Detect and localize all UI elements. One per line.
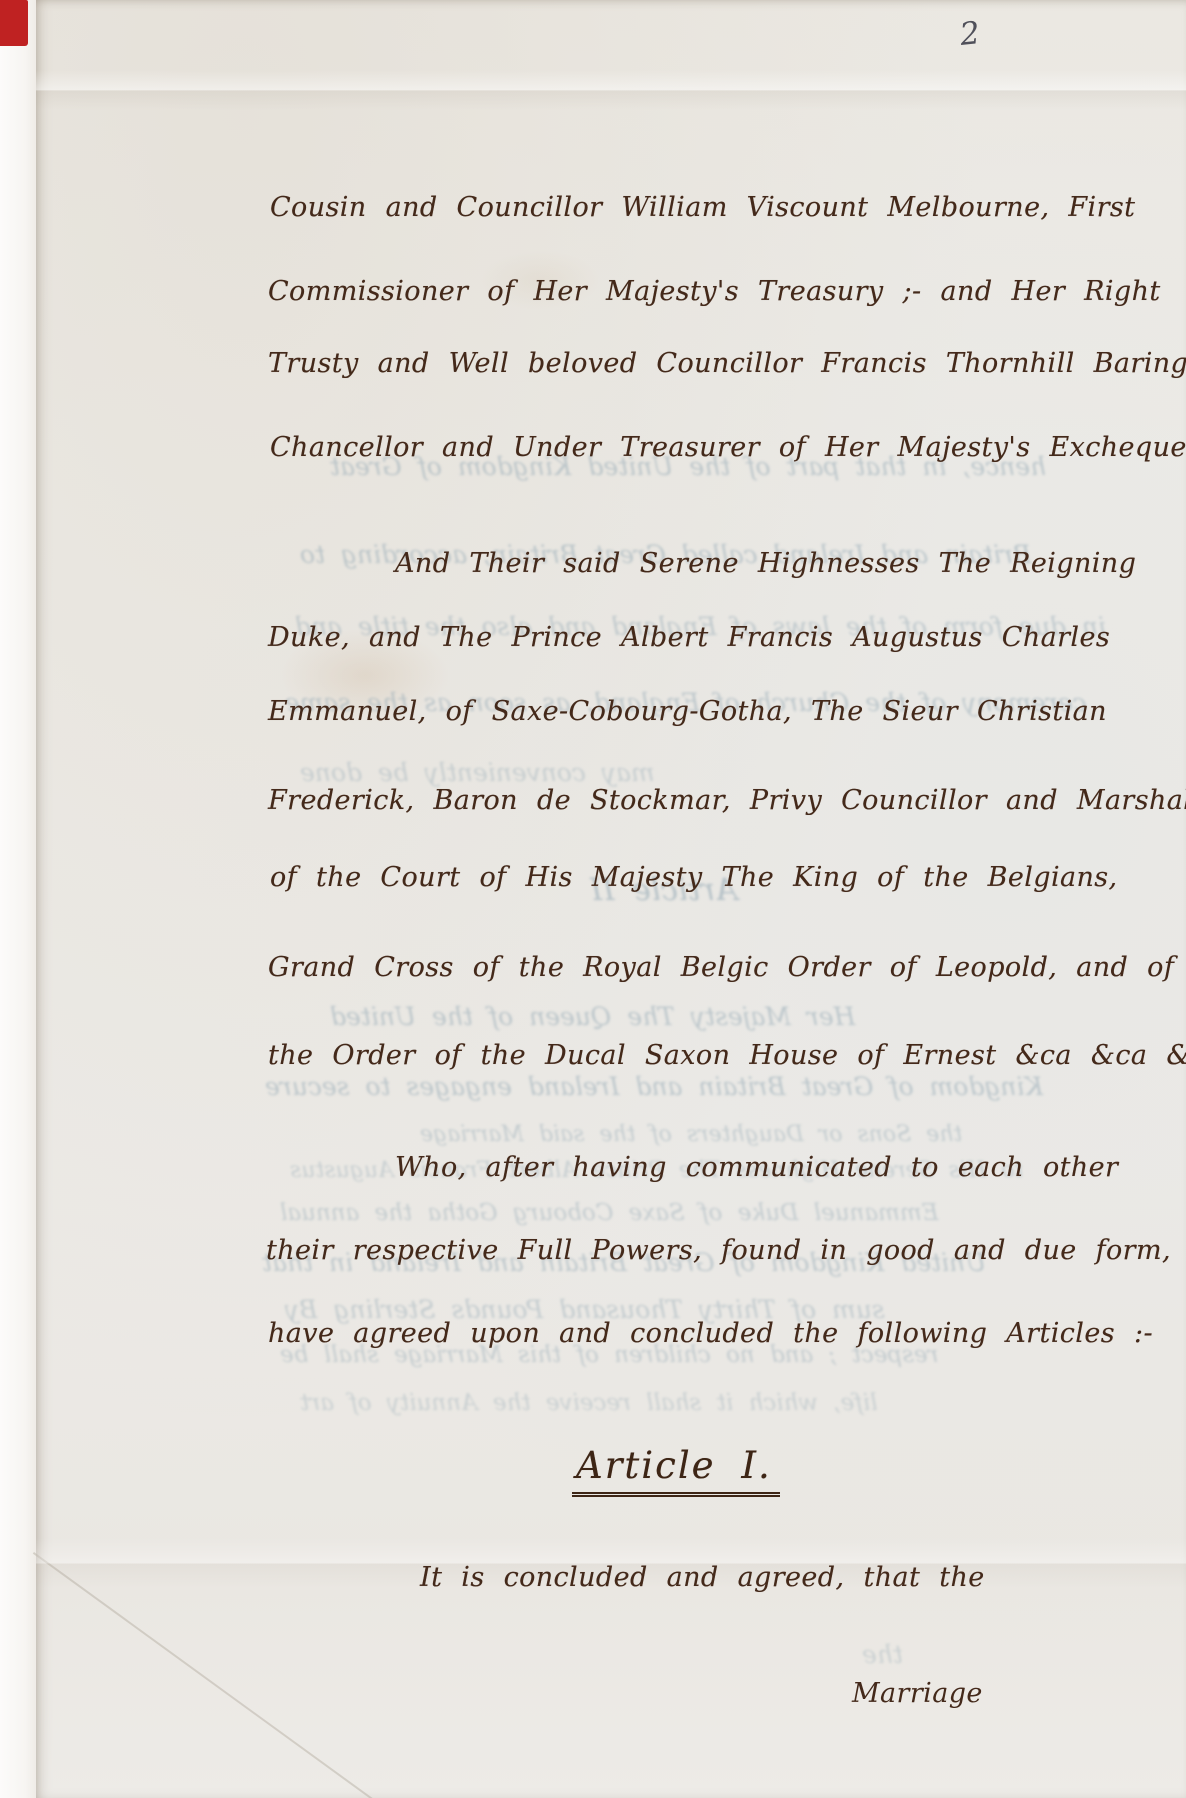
manuscript-line: Chancellor and Under Treasurer of Her Ma… <box>270 432 1186 463</box>
page-number: 2 <box>958 15 981 53</box>
scan-edge-strip <box>0 0 36 1798</box>
manuscript-line: Grand Cross of the Royal Belgic Order of… <box>268 952 1174 983</box>
red-corner-mark <box>0 0 28 46</box>
manuscript-line: Emmanuel, of Saxe-Cobourg-Gotha, The Sie… <box>268 696 1107 727</box>
manuscript-line: Cousin and Councillor William Viscount M… <box>270 192 1135 223</box>
document-scan: hence, in that part of the United Kingdo… <box>0 0 1186 1798</box>
manuscript-line: of the Court of His Majesty The King of … <box>270 862 1118 893</box>
article-heading-text: Article I. <box>572 1444 780 1497</box>
manuscript-line: have agreed upon and concluded the follo… <box>268 1318 1153 1349</box>
manuscript-line: Duke, and The Prince Albert Francis Augu… <box>268 622 1110 653</box>
manuscript-line: Frederick, Baron de Stockmar, Privy Coun… <box>268 785 1186 816</box>
manuscript-page <box>36 0 1186 1798</box>
manuscript-line: the Order of the Ducal Saxon House of Er… <box>268 1040 1186 1071</box>
catchword: Marriage <box>852 1678 983 1709</box>
article-heading: Article I. <box>572 1444 780 1497</box>
manuscript-line: And Their said Serene Highnesses The Rei… <box>395 548 1136 579</box>
manuscript-line: It is concluded and agreed, that the <box>420 1562 985 1593</box>
manuscript-line: Trusty and Well beloved Councillor Franc… <box>268 348 1186 379</box>
manuscript-line: Who, after having communicated to each o… <box>395 1152 1118 1183</box>
manuscript-line: Commissioner of Her Majesty's Treasury ;… <box>268 276 1161 307</box>
manuscript-line: their respective Full Powers, found in g… <box>266 1235 1171 1266</box>
